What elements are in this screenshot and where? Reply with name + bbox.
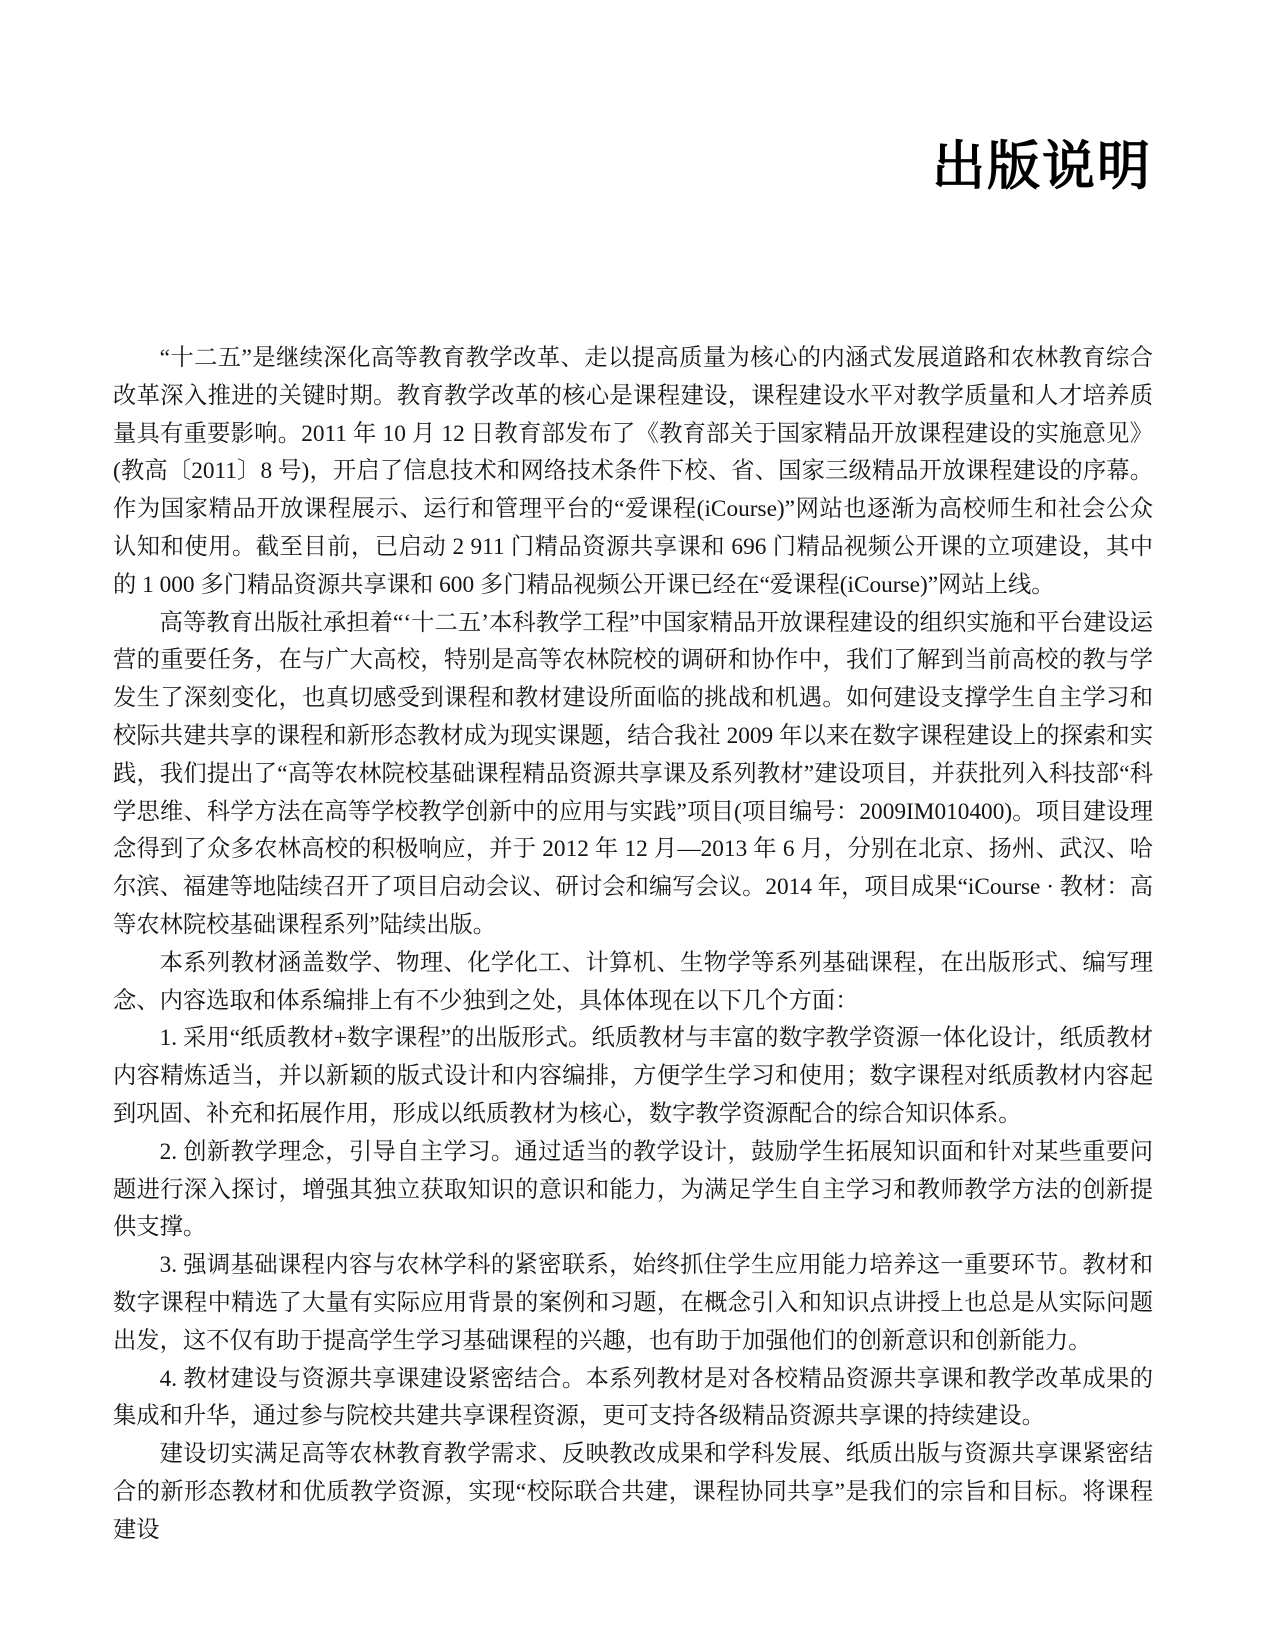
paragraph-intro: “十二五”是继续深化高等教育教学改革、走以提高质量为核心的内涵式发展道路和农林教… (113, 340, 1153, 605)
paragraph-closing: 建设切实满足高等农林教育教学需求、反映教改成果和学科发展、纸质出版与资源共享课紧… (113, 1436, 1153, 1549)
document-body: “十二五”是继续深化高等教育教学改革、走以提高质量为核心的内涵式发展道路和农林教… (113, 340, 1153, 1550)
paragraph-project-background: 高等教育出版社承担着“‘十二五’本科教学工程”中国家精品开放课程建设的组织实施和… (113, 605, 1153, 945)
document-page: 出版说明 “十二五”是继续深化高等教育教学改革、走以提高质量为核心的内涵式发展道… (0, 0, 1266, 1637)
paragraph-series-overview: 本系列教材涵盖数学、物理、化学化工、计算机、生物学等系列基础课程，在出版形式、编… (113, 945, 1153, 1021)
paragraph-feature-3: 3. 强调基础课程内容与农林学科的紧密联系，始终抓住学生应用能力培养这一重要环节… (113, 1247, 1153, 1360)
paragraph-feature-4: 4. 教材建设与资源共享课建设紧密结合。本系列教材是对各校精品资源共享课和教学改… (113, 1361, 1153, 1437)
page-title: 出版说明 (932, 138, 1152, 196)
paragraph-feature-2: 2. 创新教学理念，引导自主学习。通过适当的教学设计，鼓励学生拓展知识面和针对某… (113, 1134, 1153, 1247)
paragraph-feature-1: 1. 采用“纸质教材+数字课程”的出版形式。纸质教材与丰富的数字教学资源一体化设… (113, 1020, 1153, 1133)
